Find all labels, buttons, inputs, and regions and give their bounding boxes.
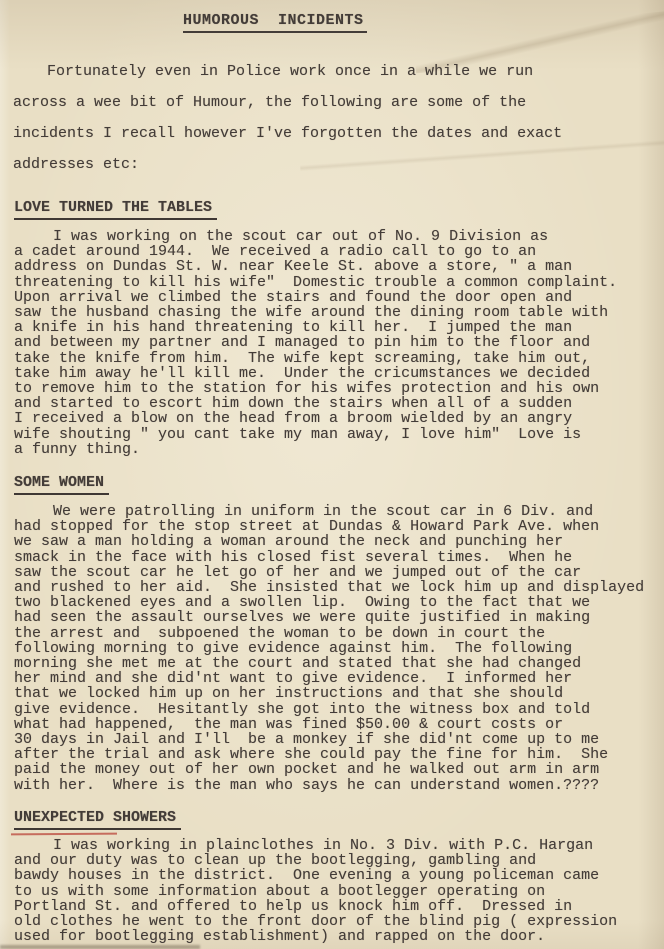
section-body-love-turned-the-tables: I was working on the scout car out of No…	[14, 229, 660, 457]
section-body-unexpected-showers: I was working in plainclothes in No. 3 D…	[14, 838, 660, 944]
paper-edge-smudge	[0, 945, 200, 949]
intro-paragraph: Fortunately even in Police work once in …	[13, 56, 644, 180]
scanned-document-page: HUMOROUS INCIDENTS Fortunately even in P…	[0, 0, 664, 949]
document-title: HUMOROUS INCIDENTS	[183, 12, 367, 33]
red-pencil-underline	[11, 833, 117, 836]
section-some-women: SOME WOMEN	[14, 473, 109, 495]
section-heading-unexpected-showers: UNEXPECTED SHOWERS	[14, 809, 181, 830]
section-love-turned-the-tables: LOVE TURNED THE TABLES	[14, 198, 217, 220]
section-body-some-women: We were patrolling in uniform in the sco…	[14, 504, 660, 793]
section-unexpected-showers: UNEXPECTED SHOWERS	[14, 808, 181, 830]
section-heading-some-women: SOME WOMEN	[14, 474, 109, 495]
section-heading-love-turned-the-tables: LOVE TURNED THE TABLES	[14, 199, 217, 220]
